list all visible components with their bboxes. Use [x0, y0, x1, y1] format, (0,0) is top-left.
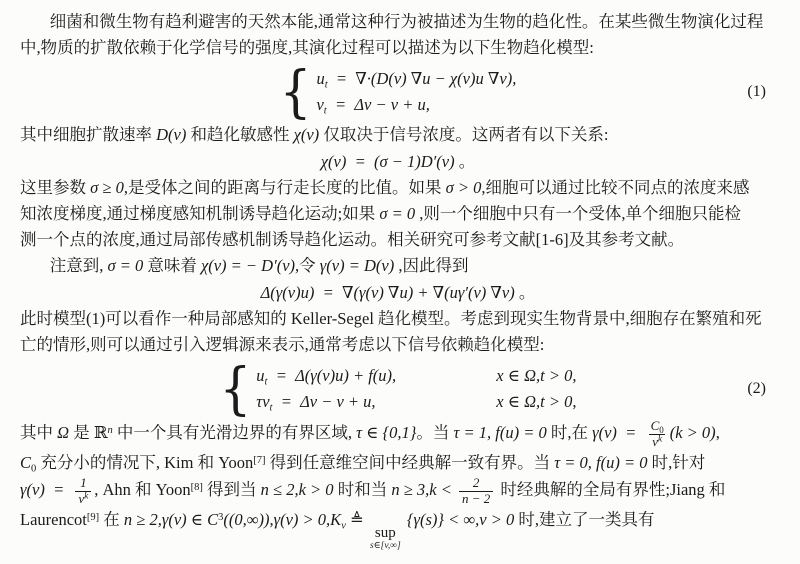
paragraph-line: 其中细胞扩散速率 D(v) 和趋化敏感性 χ(v) 仅取决于信号浓度。这两者有以… [20, 122, 776, 148]
equation-cell: vt = Δv − v + u, [316, 92, 429, 118]
text-run: 。 [515, 283, 536, 302]
text-run: ℝ [94, 423, 108, 442]
math-run: n − 2 [462, 491, 490, 506]
text-run: 亡的情形,则可以通过引入逻辑源来表示,通常考虑以下信号依赖趋化模型: [20, 335, 544, 354]
text-run: 其中 [20, 423, 57, 442]
superscript: k [658, 433, 662, 443]
math-run: = Δ(γ(v)u) + f(u), [267, 366, 396, 385]
display-formula: χ(v) = (σ − 1)D′(v) 。 [20, 148, 776, 175]
math-run: σ > 0 [446, 178, 482, 197]
text-run: 。 [455, 152, 476, 171]
text-run: 在 [99, 510, 124, 529]
display-formula: Δ(γ(v)u) = ∇(γ(v) ∇u) + ∇(uγ′(v) ∇v) 。 [20, 279, 776, 306]
document-content: 细菌和微生物有趋利避害的天然本能,通常这种行为被描述为生物的趋化性。在某些微生物… [20, 9, 776, 552]
equation-number: (2) [747, 380, 766, 398]
paragraph-line: 测一个点的浓度,通过局部传感机制诱导趋化运动。相关研究可参考文献[1-6]及其参… [20, 227, 776, 253]
math-run: n ≥ 2,γ(v) ∈ C [124, 510, 218, 529]
math-run: ((0,∞)),γ(v) > 0,K [223, 510, 341, 529]
text-run: 这里参数 [20, 178, 90, 197]
text-run: ,是受体之间的距离与行走长度的比值。如果 [124, 178, 446, 197]
equation-row: ut = Δ(γ(v)u) + f(u),x ∈ Ω,t > 0, [256, 363, 576, 389]
sup-operator-limit: s∈[v,∞] [370, 542, 401, 552]
text-run: 。当 [416, 423, 453, 442]
equation-block: {ut = ∇·(D(v) ∇u − χ(v)u ∇v),vt = Δv − v… [20, 66, 776, 118]
math-run: n ≥ 3,k < [391, 480, 456, 499]
text-run: 中一个具有光滑边界的有界区域, [113, 423, 356, 442]
equation-number: (1) [747, 83, 766, 101]
text-run: ,因此得到 [394, 256, 468, 275]
math-run: = ∇·(D(v) ∇u − χ(v)u ∇v), [328, 69, 517, 88]
math-run: D(v) [156, 125, 186, 144]
equation-cell: x ∈ Ω,t > 0, [496, 389, 576, 415]
text-run: 注意到, [50, 256, 108, 275]
fraction-numerator: 1 [77, 476, 90, 491]
equation-cell: x ∈ Ω,t > 0, [496, 363, 576, 389]
math-run: γ(v) = [20, 480, 72, 499]
math-run: 2 [473, 475, 480, 490]
fraction-denominator: vk [649, 434, 665, 450]
fraction-numerator: 2 [470, 476, 483, 491]
fraction: 1vk [75, 476, 91, 507]
math-run: u [316, 69, 324, 88]
text-run: 得到当 [203, 480, 261, 499]
math-run: n ≤ 2,k > 0 [261, 480, 334, 499]
equation-rows: ut = Δ(γ(v)u) + f(u),x ∈ Ω,t > 0,τvt = Δ… [256, 363, 576, 415]
text-run: 此时模型(1)可以看作一种局部感知的 Keller-Segel 趋化模型。考虑到… [20, 309, 762, 328]
math-run: C [20, 453, 31, 472]
math-run: τv [256, 392, 269, 411]
text-run: 是 [69, 423, 94, 442]
math-run: C [651, 418, 660, 433]
sup-operator-name: sup [375, 526, 396, 541]
text-run: ,细胞可以通过比较不同点的浓度来感 [481, 178, 749, 197]
text-run: , [716, 423, 720, 442]
math-run: Δ(γ(v)u) = ∇(γ(v) ∇u) + ∇(uγ′(v) ∇v) [261, 283, 515, 302]
text-run: 仅取决于信号浓度。这两者有以下关系: [319, 125, 608, 144]
equation-cell: ut = Δ(γ(v)u) + f(u), [256, 363, 496, 389]
text-run: 知浓度梯度,通过梯度感知机制诱导趋化运动;如果 [20, 204, 379, 223]
paragraph-line: 此时模型(1)可以看作一种局部感知的 Keller-Segel 趋化模型。考虑到… [20, 306, 776, 332]
superscript: [8] [191, 482, 203, 493]
math-run: χ(v) = − D′(v) [201, 256, 295, 275]
paragraph-line: Laurencot[9] 在 n ≥ 2,γ(v) ∈ C3((0,∞)),γ(… [20, 507, 776, 552]
text-run: ,令 [295, 256, 320, 275]
text-run: 意味着 [143, 256, 201, 275]
equation-body: {ut = ∇·(D(v) ∇u − χ(v)u ∇v),vt = Δv − v… [280, 66, 517, 118]
text-run: , Ahn 和 Yoon [94, 480, 190, 499]
math-run: σ = 0 [107, 256, 143, 275]
math-run: τ = 1, f(u) = 0 [453, 423, 546, 442]
fraction: 2n − 2 [459, 476, 493, 507]
math-run: = Δv − v + u, [327, 95, 430, 114]
math-run: χ(v) [294, 125, 320, 144]
left-brace: { [280, 64, 312, 120]
text-run: 时,建立了一类具有 [514, 510, 654, 529]
equation-row: ut = ∇·(D(v) ∇u − χ(v)u ∇v), [316, 66, 516, 92]
math-run: χ(v) = (σ − 1)D′(v) [321, 152, 455, 171]
paragraph-line: 其中 Ω 是 ℝn 中一个具有光滑边界的有界区域, τ ∈ {0,1}。当 τ … [20, 419, 776, 450]
math-run: u [256, 366, 264, 385]
math-run: γ(v) = [592, 423, 644, 442]
equation-cell: ut = ∇·(D(v) ∇u − χ(v)u ∇v), [316, 66, 516, 92]
equation-row: τvt = Δv − v + u,x ∈ Ω,t > 0, [256, 389, 576, 415]
text-run: 得到任意维空间中经典解一致有界。当 [266, 453, 555, 472]
text-run: 充分小的情况下, Kim 和 Yoon [36, 453, 253, 472]
text-run: 中,物质的扩散依赖于化学信号的强度,其演化过程可以描述为以下生物趋化模型: [20, 38, 594, 57]
fraction-denominator: n − 2 [459, 491, 493, 507]
equation-body: {ut = Δ(γ(v)u) + f(u),x ∈ Ω,t > 0,τvt = … [219, 363, 576, 415]
paragraph-line: 这里参数 σ ≥ 0,是受体之间的距离与行走长度的比值。如果 σ > 0,细胞可… [20, 175, 776, 201]
math-run: x ∈ Ω,t > 0, [496, 392, 576, 411]
text-run: ,则一个细胞中只有一个受体,单个细胞只能检 [415, 204, 741, 223]
equation-rows: ut = ∇·(D(v) ∇u − χ(v)u ∇v),vt = Δv − v … [316, 66, 516, 118]
paragraph-line: 中,物质的扩散依赖于化学信号的强度,其演化过程可以描述为以下生物趋化模型: [20, 35, 776, 61]
fraction-numerator: C0 [648, 419, 667, 434]
math-run: {γ(s)} < ∞,v > 0 [403, 510, 514, 529]
equation-block: {ut = Δ(γ(v)u) + f(u),x ∈ Ω,t > 0,τvt = … [20, 363, 776, 415]
paragraph-line: 注意到, σ = 0 意味着 χ(v) = − D′(v),令 γ(v) = D… [20, 253, 776, 279]
fraction-denominator: vk [75, 491, 91, 507]
paragraph-line: 知浓度梯度,通过梯度感知机制诱导趋化运动;如果 σ = 0 ,则一个细胞中只有一… [20, 201, 776, 227]
math-run: 1 [80, 475, 87, 490]
math-run: γ(v) = D(v) [320, 256, 394, 275]
text-run: 其中细胞扩散速率 [20, 125, 156, 144]
sup-operator: sups∈[v,∞] [370, 526, 401, 552]
paragraph-line: C0 充分小的情况下, Kim 和 Yoon[7] 得到任意维空间中经典解一致有… [20, 450, 776, 476]
fraction: C0vk [648, 419, 667, 450]
text-run: 时,在 [547, 423, 592, 442]
text-run: 和趋化敏感性 [186, 125, 293, 144]
equation-row: vt = Δv − v + u, [316, 92, 516, 118]
math-run: σ ≥ 0 [90, 178, 124, 197]
paragraph-line: 细菌和微生物有趋利避害的天然本能,通常这种行为被描述为生物的趋化性。在某些微生物… [20, 9, 776, 35]
superscript: [7] [253, 455, 265, 466]
document-page: 细菌和微生物有趋利避害的天然本能,通常这种行为被描述为生物的趋化性。在某些微生物… [0, 0, 800, 564]
text-run: 时经典解的全局有界性;Jiang 和 [496, 480, 725, 499]
superscript: k [84, 490, 88, 500]
text-run: 时,针对 [648, 453, 706, 472]
superscript: [9] [87, 512, 99, 523]
equation-cell: τvt = Δv − v + u, [256, 389, 496, 415]
math-run: ≜ [346, 510, 368, 529]
math-run: v [316, 95, 323, 114]
text-run: 细菌和微生物有趋利避害的天然本能,通常这种行为被描述为生物的趋化性。在某些微生物… [50, 12, 764, 31]
text-run: Laurencot [20, 510, 87, 529]
math-run: (k > 0) [670, 423, 716, 442]
paragraph-line: γ(v) = 1vk, Ahn 和 Yoon[8] 得到当 n ≤ 2,k > … [20, 476, 776, 507]
text-run: 时和当 [334, 480, 392, 499]
math-run: = Δv − v + u, [272, 392, 375, 411]
math-run: Ω [57, 423, 69, 442]
paragraph-line: 亡的情形,则可以通过引入逻辑源来表示,通常考虑以下信号依赖趋化模型: [20, 332, 776, 358]
left-brace: { [219, 361, 251, 417]
math-run: τ ∈ {0,1} [356, 423, 416, 442]
math-run: x ∈ Ω,t > 0, [496, 366, 576, 385]
text-run: 测一个点的浓度,通过局部传感机制诱导趋化运动。相关研究可参考文献[1-6]及其参… [20, 230, 684, 249]
math-run: σ = 0 [379, 204, 415, 223]
math-run: τ = 0, f(u) = 0 [554, 453, 647, 472]
